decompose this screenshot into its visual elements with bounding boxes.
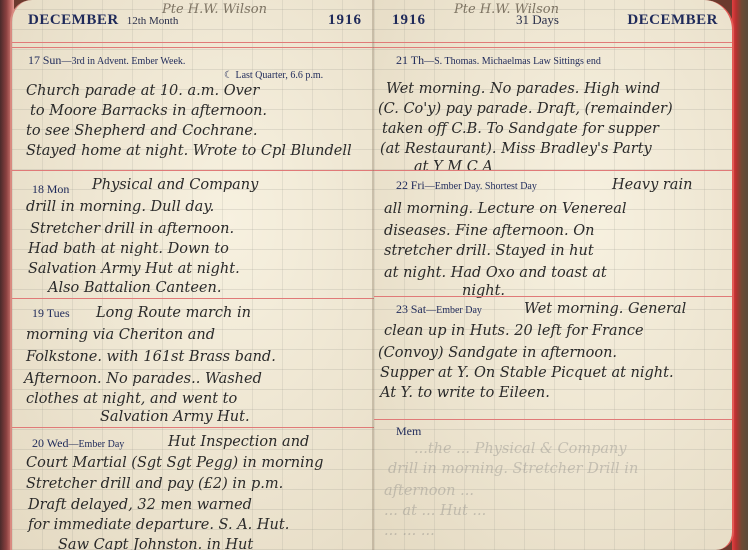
- handwritten-line: night.: [462, 280, 505, 302]
- bleed-through-text: afternoon ...: [384, 480, 474, 502]
- month-title: DECEMBER: [28, 12, 119, 29]
- page-header: 1916 31 Days DECEMBER: [374, 12, 732, 42]
- handwritten-line: Stayed home at night. Wrote to Cpl Blund…: [26, 140, 352, 162]
- handwritten-line: Physical and Company: [92, 174, 258, 196]
- handwritten-line: drill in morning. Dull day.: [26, 196, 214, 218]
- left-diary-page: Pte H.W. Wilson DECEMBER 12th Month 1916…: [10, 0, 376, 550]
- month-title: DECEMBER: [627, 12, 718, 29]
- day-heading: 19 Tues: [32, 306, 70, 321]
- day-heading: 18 Mon: [32, 182, 69, 197]
- handwritten-line: Hut Inspection and: [168, 431, 309, 453]
- handwritten-line: Folkstone. with 161st Brass band.: [26, 346, 276, 368]
- handwritten-line: Church parade at 10. a.m. Over: [26, 80, 259, 102]
- header-rule: [12, 42, 376, 48]
- handwritten-line: Draft delayed, 32 men warned: [28, 494, 252, 516]
- bleed-through-text: ... at ... Hut ...: [384, 500, 486, 522]
- handwritten-line: Also Battalion Canteen.: [48, 277, 221, 299]
- handwritten-line: to Moore Barracks in afternoon.: [30, 100, 267, 122]
- day-divider: [374, 296, 732, 297]
- year: 1916: [392, 12, 426, 29]
- handwritten-line: clean up in Huts. 20 left for France: [384, 320, 644, 342]
- handwritten-line: Court Martial (Sgt Sgt Pegg) in morning: [26, 452, 323, 474]
- year: 1916: [328, 12, 362, 29]
- handwritten-line: diseases. Fine afternoon. On: [384, 220, 594, 242]
- diary-cover-right-edge: [732, 0, 748, 550]
- handwritten-line: Stretcher drill in afternoon.: [30, 218, 234, 240]
- bleed-through-text: drill in morning. Stretcher Drill in: [388, 458, 638, 480]
- handwritten-line: Stretcher drill and pay (£2) in p.m.: [26, 473, 283, 495]
- day-heading: 22 Fri—Ember Day. Shortest Day: [396, 178, 537, 193]
- handwritten-line: stretcher drill. Stayed in hut: [384, 240, 594, 262]
- day-heading: 20 Wed—Ember Day: [32, 436, 124, 451]
- handwritten-line: Had bath at night. Down to: [28, 238, 229, 260]
- handwritten-line: all morning. Lecture on Venereal: [384, 198, 627, 220]
- handwritten-line: (Convoy) Sandgate in afternoon.: [378, 342, 617, 364]
- header-rule: [374, 42, 732, 48]
- handwritten-line: At Y. to write to Eileen.: [380, 382, 550, 404]
- handwritten-line: Heavy rain: [612, 174, 692, 196]
- handwritten-line: taken off C.B. To Sandgate for supper: [382, 118, 659, 140]
- memo-label: Mem: [396, 424, 421, 439]
- page-header: DECEMBER 12th Month 1916: [12, 12, 376, 42]
- handwritten-line: Wet morning. No parades. High wind: [386, 78, 660, 100]
- day-divider: [374, 170, 732, 171]
- handwritten-line: Supper at Y. On Stable Picquet at night.: [380, 362, 674, 384]
- day-divider: [12, 170, 376, 171]
- month-number: 12th Month: [127, 15, 179, 27]
- bleed-through-text: ...the ... Physical & Company: [414, 438, 627, 460]
- day-divider: [12, 298, 376, 299]
- day-heading: 23 Sat—Ember Day: [396, 302, 482, 317]
- handwritten-line: morning via Cheriton and: [26, 324, 215, 346]
- day-heading: 21 Th—S. Thomas. Michaelmas Law Sittings…: [396, 53, 601, 68]
- day-divider: [12, 427, 376, 428]
- handwritten-line: at Y M C A: [414, 156, 493, 178]
- handwritten-line: Saw Capt Johnston. in Hut: [58, 534, 253, 550]
- handwritten-line: Salvation Army Hut.: [100, 406, 250, 428]
- day-heading: 17 Sun—3rd in Advent. Ember Week.: [28, 53, 185, 68]
- handwritten-line: to see Shepherd and Cochrane.: [26, 120, 258, 142]
- handwritten-line: for immediate departure. S. A. Hut.: [28, 514, 289, 536]
- handwritten-line: Afternoon. No parades.. Washed: [24, 368, 262, 390]
- days-in-month: 31 Days: [516, 12, 559, 28]
- bleed-through-text: ... ... ...: [384, 520, 435, 542]
- handwritten-line: Long Route march in: [96, 302, 251, 324]
- right-diary-page: Pte H.W. Wilson 1916 31 Days DECEMBER 21…: [374, 0, 734, 550]
- handwritten-line: Wet morning. General: [524, 298, 686, 320]
- day-divider: [374, 419, 732, 420]
- handwritten-line: (C. Co'y) pay parade. Draft, (remainder): [378, 98, 673, 120]
